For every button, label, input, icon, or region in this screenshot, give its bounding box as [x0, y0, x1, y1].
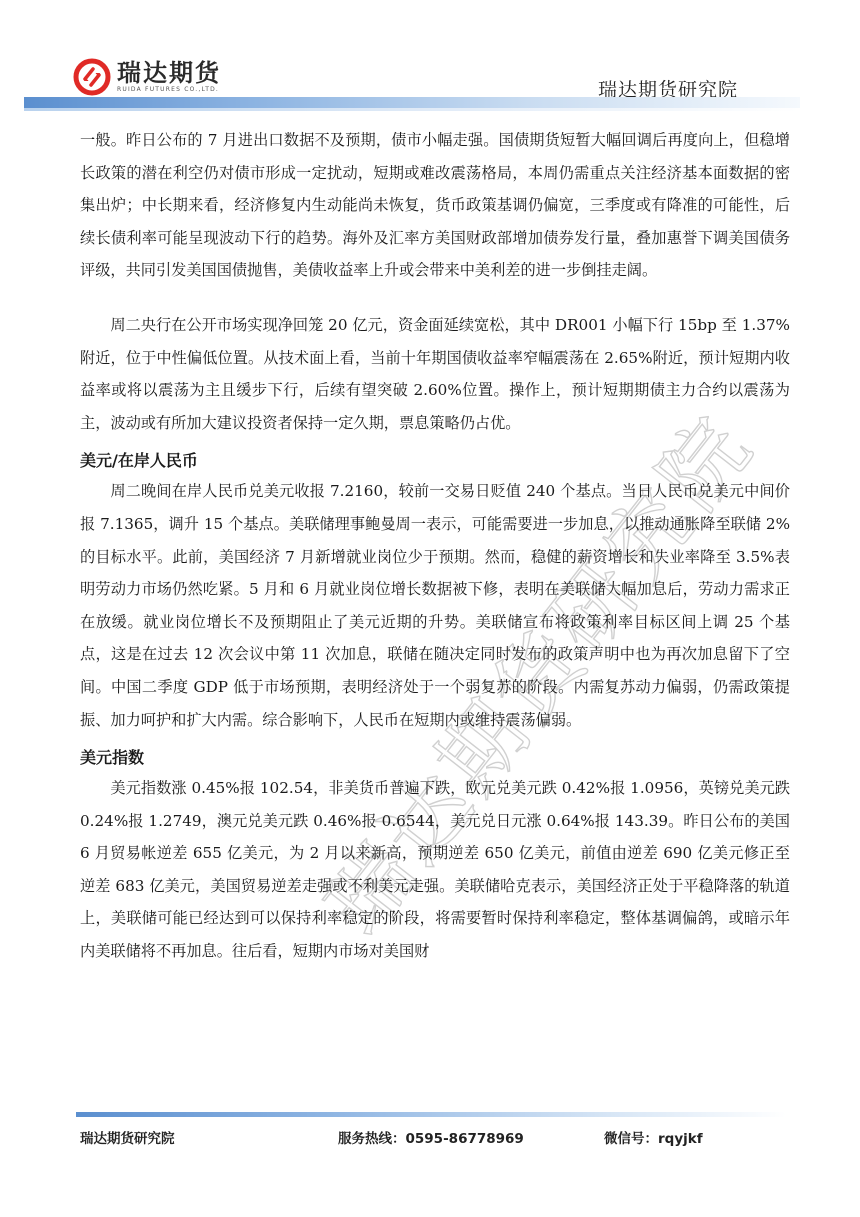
paragraph-usd-cny: 周二晚间在岸人民币兑美元收报 7.2160，较前一交易日贬值 240 个基点。当…	[80, 475, 790, 736]
ruida-logo-icon	[73, 58, 111, 96]
section-title-dollar-index: 美元指数	[80, 742, 790, 774]
logo-english-name: RUIDA FUTURES CO.,LTD.	[117, 86, 221, 94]
footer-hotline: 服务热线：0595-86778969	[338, 1127, 524, 1147]
header-divider-shadow	[24, 108, 800, 111]
document-body: 一般。昨日公布的 7 月进出口数据不及预期，债市小幅走强。国债期货短暂大幅回调后…	[80, 124, 790, 968]
footer-divider-bar	[76, 1112, 786, 1117]
company-logo: 瑞达期货 RUIDA FUTURES CO.,LTD.	[73, 58, 221, 96]
footer-wechat: 微信号：rqyjkf	[604, 1127, 703, 1147]
header-divider-bar	[24, 97, 800, 108]
logo-chinese-name: 瑞达期货	[117, 60, 221, 86]
paragraph-dollar-index: 美元指数涨 0.45%报 102.54，非美货币普遍下跌，欧元兑美元跌 0.42…	[80, 772, 790, 968]
page-header: 瑞达期货 RUIDA FUTURES CO.,LTD. 瑞达期货研究院	[0, 0, 860, 112]
section-title-usd-cny: 美元/在岸人民币	[80, 445, 790, 477]
footer-org-name: 瑞达期货研究院	[80, 1127, 175, 1147]
paragraph-bond-outlook: 一般。昨日公布的 7 月进出口数据不及预期，债市小幅走强。国债期货短暂大幅回调后…	[80, 124, 790, 287]
paragraph-spacer	[80, 287, 790, 309]
paragraph-liquidity-technical: 周二央行在公开市场实现净回笼 20 亿元，资金面延续宽松，其中 DR001 小幅…	[80, 309, 790, 439]
